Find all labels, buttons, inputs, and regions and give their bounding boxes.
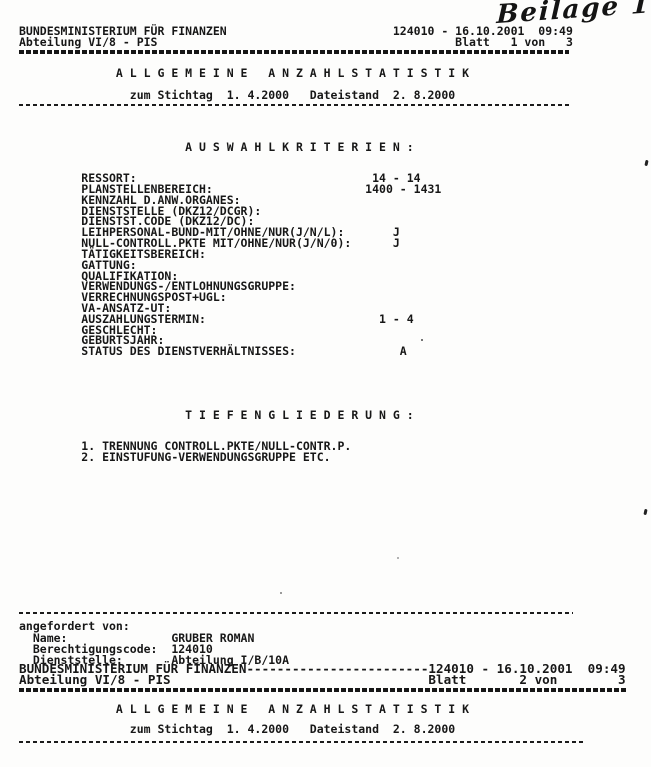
page2-header-line2: Abteilung VI/8 - PIS Blatt 2 von 3 [19,674,626,686]
selection-criteria-heading: A U S W A H L K R I T E R I E N : [19,142,414,153]
page2-title: A L L G E M E I N E A N Z A H L S T A T … [19,704,469,715]
separator-dash-line [19,741,585,743]
scan-speck [280,592,282,594]
tiefengliederung-heading: T I E F E N G L I E D E R U N G : [19,410,414,421]
page2-subtitle: zum Stichtag 1. 4.2000 Dateistand 2. 8.2… [19,724,455,735]
tiefengliederung-item-2: 2. EINSTUFUNG-VERWENDUNGSGRUPPE ETC. [19,452,331,463]
scan-speck [397,557,399,559]
separator-double-line [19,688,626,692]
page1-subtitle: zum Stichtag 1. 4.2000 Dateistand 2. 8.2… [19,90,455,101]
scan-speck [421,339,423,341]
scan-speck [644,160,648,166]
page1-header-line2: Abteilung VI/8 - PIS Blatt 1 von 3 [19,37,573,48]
separator-dash-line [19,104,569,106]
separator-dash-line [19,612,573,614]
separator-double-line [19,50,569,54]
criterion-status: STATUS DES DIENSTVERHÄLTNISSES: A [19,346,407,357]
scan-speck [643,509,647,515]
scanned-document-page: Beilage 1 BUNDESMINISTERIUM FÜR FINANZEN… [0,0,651,767]
page1-title: A L L G E M E I N E A N Z A H L S T A T … [19,68,469,79]
